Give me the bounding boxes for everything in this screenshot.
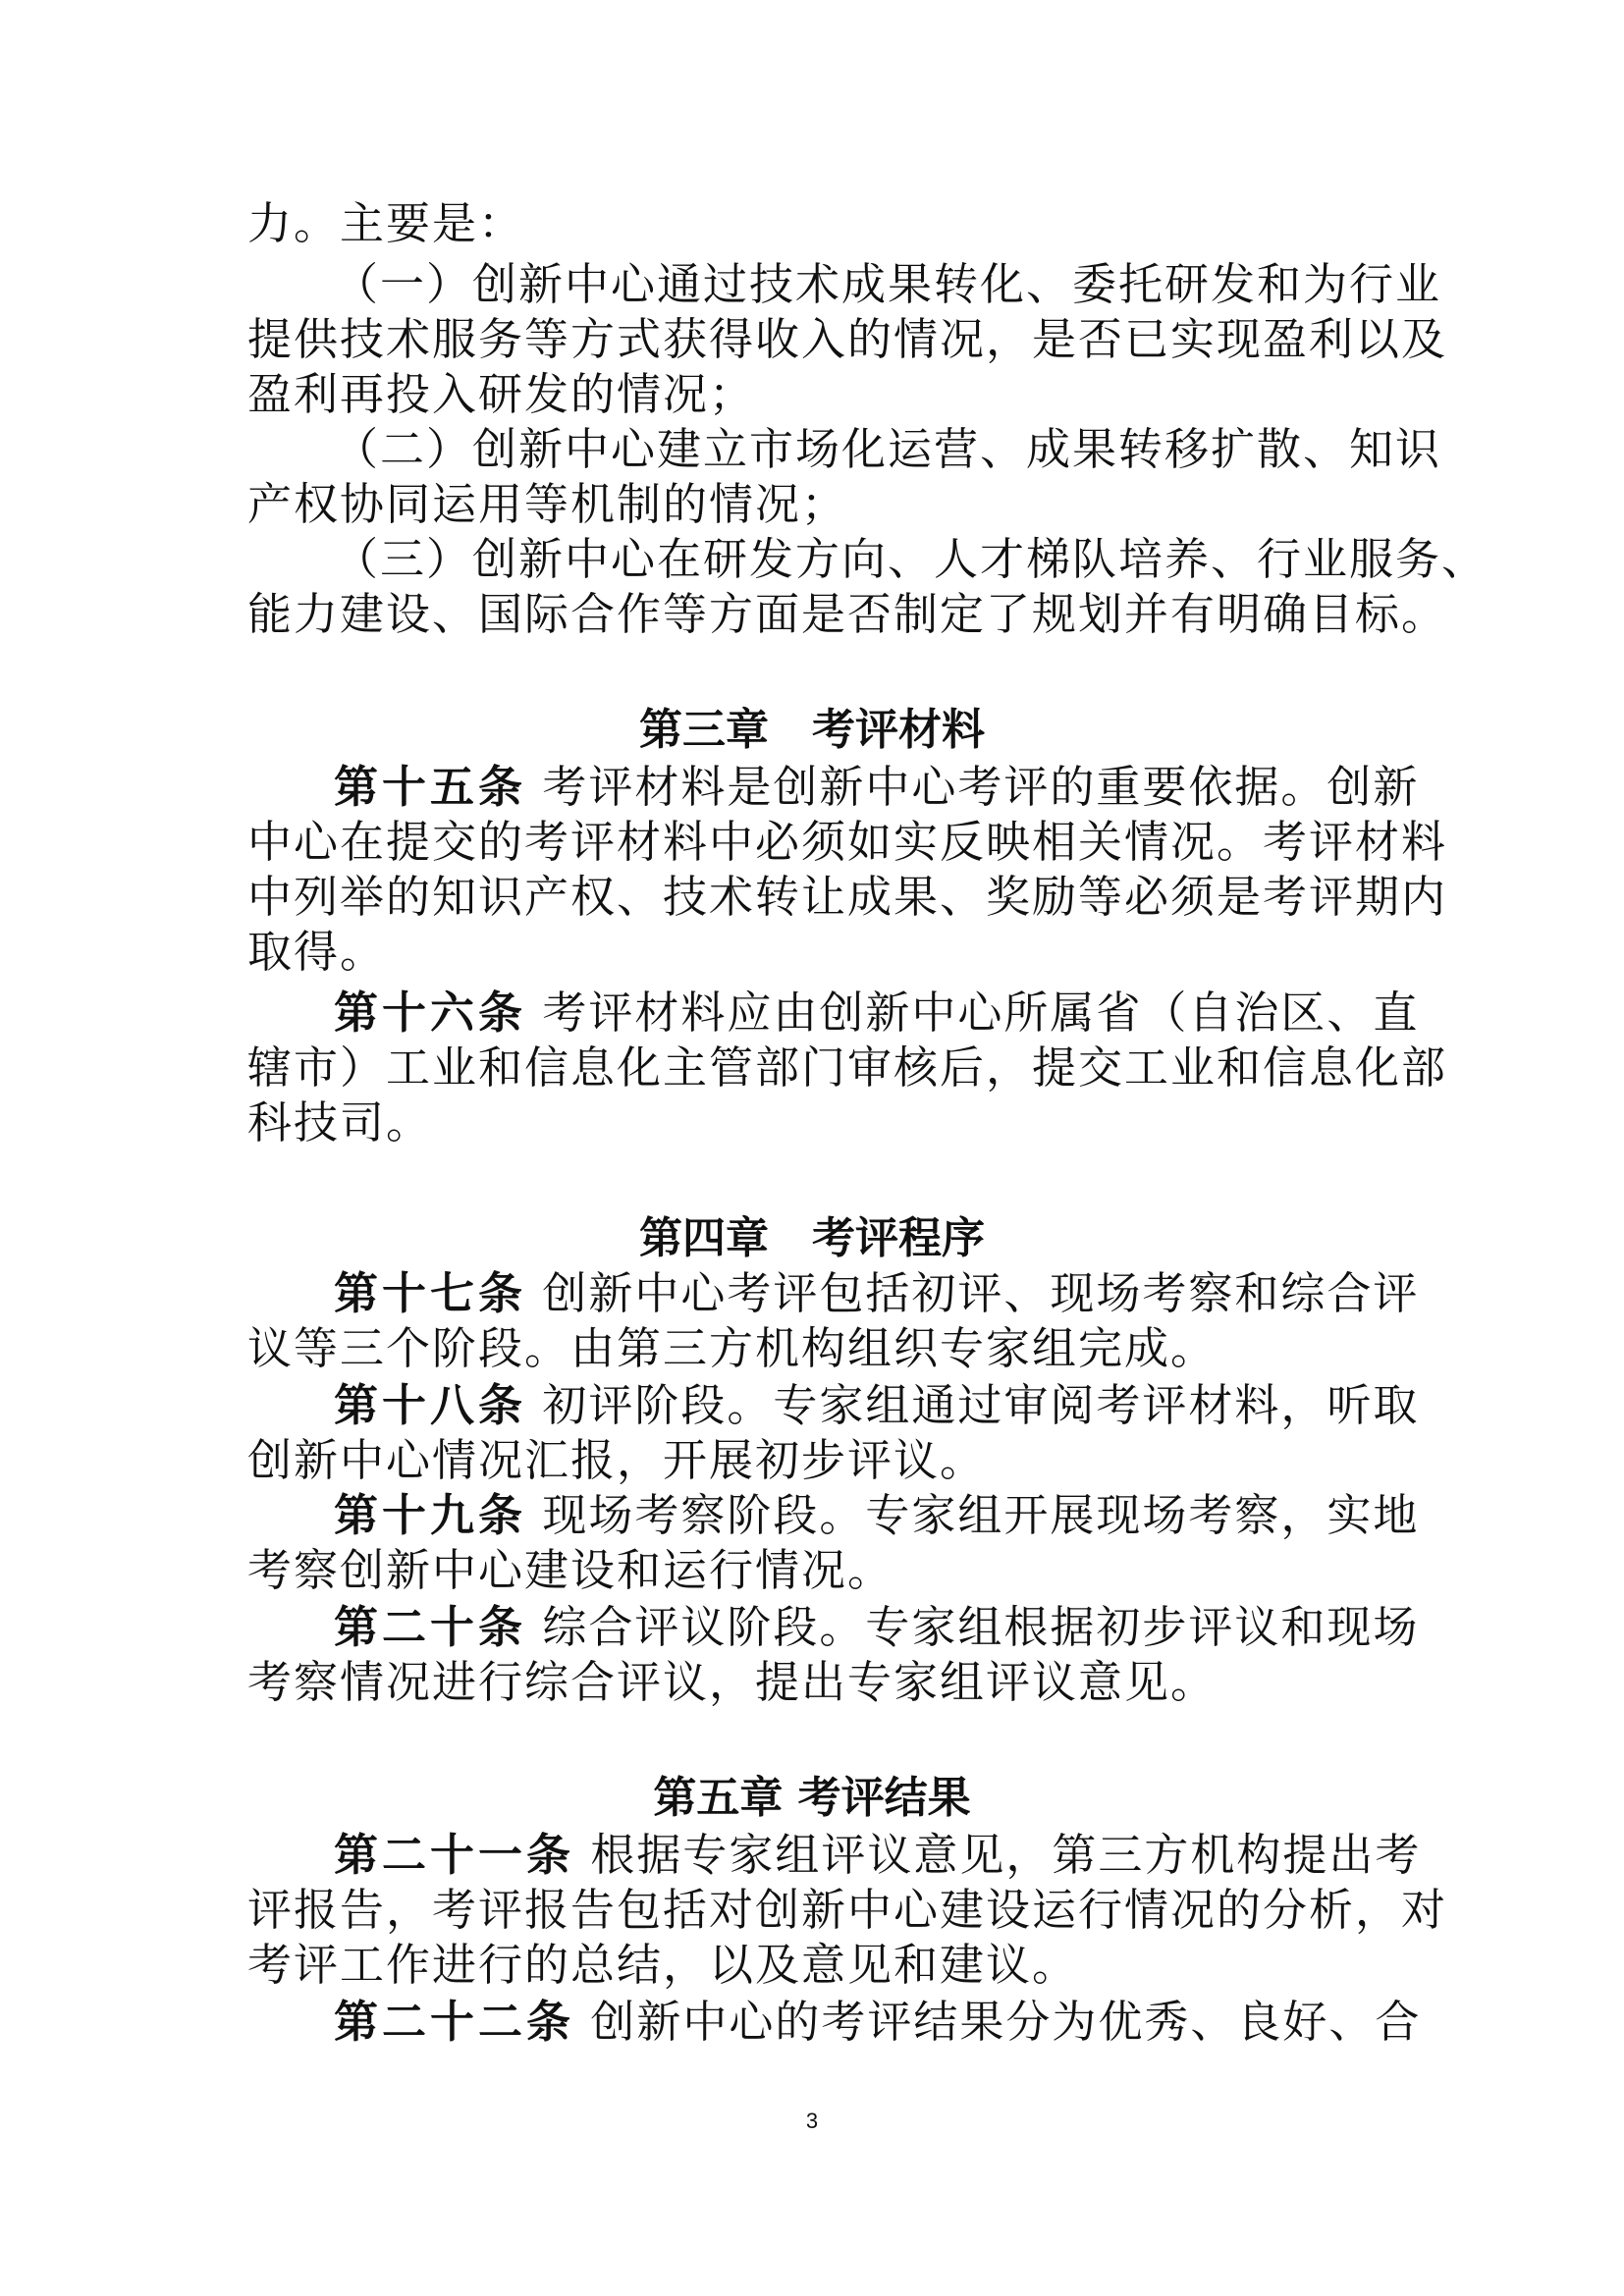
article-line: 第十八条 初评阶段。专家组通过审阅考评材料，听取 [334, 1378, 1388, 1433]
list-item-3-line: 能力建设、国际合作等方面是否制定了规划并有明确目标。 [247, 587, 1388, 642]
article-text: 现场考察阶段。专家组开展现场考察，实地 [542, 1489, 1419, 1541]
article-line: 第二十一条 根据专家组评议意见，第三方机构提出考 [334, 1828, 1388, 1883]
article-label: 第十五条 [334, 761, 526, 813]
article-label: 第十九条 [334, 1489, 526, 1541]
list-item-3-line: （三）创新中心在研发方向、人才梯队培养、行业服务、 [334, 532, 1388, 587]
chapter-title: 第五章 考评结果 [0, 1771, 1624, 1826]
page-number: 3 [0, 2109, 1624, 2134]
article-line: 取得。 [247, 925, 1388, 980]
article-label: 第十七条 [334, 1267, 526, 1319]
article-line: 第十五条 考评材料是创新中心考评的重要依据。创新 [334, 760, 1388, 815]
article-label: 第二十二条 [334, 1996, 574, 2048]
article-line: 第十六条 考评材料应由创新中心所属省（自治区、直 [334, 986, 1388, 1041]
article-text: 创新中心的考评结果分为优秀、良好、合 [590, 1996, 1421, 2048]
chapter-title: 第三章 考评材料 [0, 703, 1624, 758]
article-line: 考察情况进行综合评议，提出专家组评议意见。 [247, 1655, 1388, 1710]
article-text: 初评阶段。专家组通过审阅考评材料，听取 [542, 1379, 1419, 1431]
list-item-1-line: 盈利再投入研发的情况； [247, 367, 1388, 422]
article-label: 第十八条 [334, 1379, 526, 1431]
article-line: 辖市）工业和信息化主管部门审核后，提交工业和信息化部 [247, 1041, 1388, 1095]
article-text: 根据专家组评议意见，第三方机构提出考 [590, 1829, 1421, 1881]
article-text: 创新中心考评包括初评、现场考察和综合评 [542, 1267, 1419, 1319]
article-line: 科技司。 [247, 1095, 1388, 1150]
article-line: 中列举的知识产权、技术转让成果、奖励等必须是考评期内 [247, 870, 1388, 925]
article-line: 创新中心情况汇报，开展初步评议。 [247, 1433, 1388, 1488]
list-item-1-line: （一）创新中心通过技术成果转化、委托研发和为行业 [334, 257, 1388, 312]
article-line: 第十九条 现场考察阶段。专家组开展现场考察，实地 [334, 1488, 1388, 1543]
list-item-1-line: 提供技术服务等方式获得收入的情况，是否已实现盈利以及 [247, 312, 1388, 367]
article-line: 评报告，考评报告包括对创新中心建设运行情况的分析，对 [247, 1883, 1388, 1938]
article-label: 第二十一条 [334, 1829, 574, 1881]
article-line: 第二十二条 创新中心的考评结果分为优秀、良好、合 [334, 1995, 1388, 2050]
article-line: 议等三个阶段。由第三方机构组织专家组完成。 [247, 1321, 1388, 1376]
article-line: 第二十条 综合评议阶段。专家组根据初步评议和现场 [334, 1600, 1388, 1655]
document-page: 力。主要是： （一）创新中心通过技术成果转化、委托研发和为行业 提供技术服务等方… [0, 0, 1624, 2296]
article-label: 第十六条 [334, 987, 526, 1039]
article-line: 考察创新中心建设和运行情况。 [247, 1543, 1388, 1598]
paragraph-line: 力。主要是： [247, 196, 1388, 251]
article-text: 考评材料应由创新中心所属省（自治区、直 [542, 987, 1419, 1039]
article-line: 考评工作进行的总结，以及意见和建议。 [247, 1938, 1388, 1993]
chapter-title: 第四章 考评程序 [0, 1211, 1624, 1266]
article-text: 考评材料是创新中心考评的重要依据。创新 [542, 761, 1419, 813]
article-text: 综合评议阶段。专家组根据初步评议和现场 [542, 1601, 1419, 1653]
list-item-2-line: 产权协同运用等机制的情况； [247, 477, 1388, 532]
article-label: 第二十条 [334, 1601, 526, 1653]
list-item-2-line: （二）创新中心建立市场化运营、成果转移扩散、知识 [334, 422, 1388, 477]
article-line: 第十七条 创新中心考评包括初评、现场考察和综合评 [334, 1266, 1388, 1321]
article-line: 中心在提交的考评材料中必须如实反映相关情况。考评材料 [247, 815, 1388, 870]
